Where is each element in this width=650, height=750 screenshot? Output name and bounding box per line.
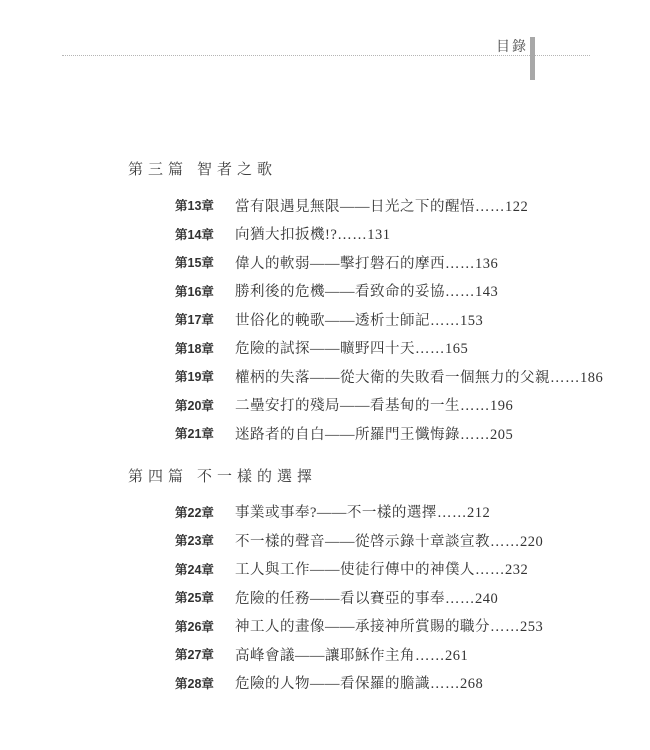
chapter-title: 向猶大扣扳機!?: [235, 227, 337, 243]
toc-entry-ch16: 第16章勝利後的危機——看致命的妥協……143: [175, 277, 598, 306]
chapter-number: 第26章: [175, 617, 218, 635]
section-label: 第三篇: [128, 162, 188, 178]
chapter-number: 第16章: [175, 282, 218, 300]
dot-leader: ……: [415, 341, 445, 357]
toc-entry-ch28: 第28章危險的人物——看保羅的膽識……268: [175, 669, 598, 698]
section-label: 第四篇: [128, 469, 188, 485]
chapter-title: 迷路者的自白——所羅門王懺悔錄: [235, 427, 460, 443]
chapter-title: 二壘安打的殘局——看基甸的一生: [235, 398, 460, 414]
chapter-page-number: 268: [460, 676, 483, 692]
dot-leader: ……: [445, 256, 475, 272]
dot-leader: ……: [445, 591, 475, 607]
chapter-number: 第23章: [175, 531, 218, 549]
chapter-number: 第24章: [175, 560, 218, 578]
chapter-title: 不一樣的聲音——從啓示錄十章談宣教: [235, 534, 490, 550]
toc-entry-ch24: 第24章工人與工作——使徒行傳中的神僕人……232: [175, 555, 598, 584]
toc-entry-ch17: 第17章世俗化的輓歌——透析士師記……153: [175, 305, 598, 334]
toc-entry-ch23: 第23章不一樣的聲音——從啓示錄十章談宣教……220: [175, 526, 598, 555]
chapter-number: 第28章: [175, 674, 218, 692]
toc-entry-ch25: 第25章危險的任務——看以賽亞的事奉……240: [175, 583, 598, 612]
toc-section-3: 第三篇智者之歌 第13章當有限遇見無限——日光之下的醒悟……122 第14章向猶…: [128, 161, 598, 448]
chapter-number: 第25章: [175, 588, 218, 606]
chapter-page-number: 240: [475, 591, 498, 607]
dot-leader: ……: [415, 648, 445, 664]
chapter-page-number: 196: [490, 398, 513, 414]
header-dotted-rule: [62, 55, 590, 56]
chapter-page-number: 253: [520, 619, 543, 635]
section-title: 不一樣的選擇: [197, 469, 317, 485]
chapter-title: 勝利後的危機——看致命的妥協: [235, 284, 445, 300]
dot-leader: ……: [437, 505, 467, 521]
chapter-page-number: 122: [505, 199, 528, 215]
dot-leader: ……: [460, 427, 490, 443]
toc-entry-ch15: 第15章偉人的軟弱——擊打磐石的摩西……136: [175, 248, 598, 277]
section-heading: 第三篇智者之歌: [128, 161, 598, 179]
chapter-title: 當有限遇見無限——日光之下的醒悟: [235, 199, 475, 215]
toc-entry-ch19: 第19章權柄的失落——從大衛的失敗看一個無力的父親……186: [175, 362, 598, 391]
chapter-page-number: 220: [520, 534, 543, 550]
chapter-number: 第14章: [175, 225, 218, 243]
dot-leader: ……: [430, 676, 460, 692]
chapter-list: 第22章事業或事奉?——不一樣的選擇……212 第23章不一樣的聲音——從啓示錄…: [175, 498, 598, 698]
toc-entry-ch26: 第26章神工人的畫像——承接神所賞賜的職分……253: [175, 612, 598, 641]
chapter-number: 第27章: [175, 645, 218, 663]
chapter-title: 工人與工作——使徒行傳中的神僕人: [235, 562, 475, 578]
dot-leader: ……: [475, 199, 505, 215]
dot-leader: ……: [490, 619, 520, 635]
toc-entry-ch22: 第22章事業或事奉?——不一樣的選擇……212: [175, 498, 598, 527]
chapter-title: 危險的任務——看以賽亞的事奉: [235, 591, 445, 607]
chapter-number: 第17章: [175, 310, 218, 328]
dot-leader: ……: [430, 313, 460, 329]
toc-section-4: 第四篇不一樣的選擇 第22章事業或事奉?——不一樣的選擇……212 第23章不一…: [128, 468, 598, 698]
header-vertical-bar: [530, 37, 535, 80]
chapter-page-number: 205: [490, 427, 513, 443]
chapter-title: 危險的人物——看保羅的膽識: [235, 676, 430, 692]
toc-content: 第三篇智者之歌 第13章當有限遇見無限——日光之下的醒悟……122 第14章向猶…: [128, 161, 598, 697]
chapter-title: 世俗化的輓歌——透析士師記: [235, 313, 430, 329]
chapter-page-number: 153: [460, 313, 483, 329]
dot-leader: ……: [337, 227, 367, 243]
chapter-number: 第21章: [175, 424, 218, 442]
chapter-page-number: 131: [367, 227, 390, 243]
chapter-list: 第13章當有限遇見無限——日光之下的醒悟……122 第14章向猶大扣扳機!?………: [175, 191, 598, 448]
chapter-title: 事業或事奉?——不一樣的選擇: [235, 505, 437, 521]
toc-entry-ch27: 第27章高峰會議——讓耶穌作主角……261: [175, 640, 598, 669]
chapter-number: 第15章: [175, 253, 218, 271]
dot-leader: ……: [445, 284, 475, 300]
dot-leader: ……: [475, 562, 505, 578]
chapter-page-number: 143: [475, 284, 498, 300]
chapter-page-number: 136: [475, 256, 498, 272]
chapter-page-number: 186: [580, 370, 603, 386]
chapter-number: 第20章: [175, 396, 218, 414]
chapter-title: 偉人的軟弱——擊打磐石的摩西: [235, 256, 445, 272]
chapter-number: 第22章: [175, 503, 218, 521]
toc-entry-ch13: 第13章當有限遇見無限——日光之下的醒悟……122: [175, 191, 598, 220]
chapter-number: 第13章: [175, 196, 218, 214]
chapter-page-number: 261: [445, 648, 468, 664]
toc-entry-ch14: 第14章向猶大扣扳機!?……131: [175, 220, 598, 249]
chapter-title: 高峰會議——讓耶穌作主角: [235, 648, 415, 664]
toc-entry-ch20: 第20章二壘安打的殘局——看基甸的一生……196: [175, 391, 598, 420]
section-title: 智者之歌: [197, 162, 277, 178]
dot-leader: ……: [550, 370, 580, 386]
chapter-title: 神工人的畫像——承接神所賞賜的職分: [235, 619, 490, 635]
chapter-page-number: 165: [445, 341, 468, 357]
chapter-number: 第18章: [175, 339, 218, 357]
toc-page: 目錄 第三篇智者之歌 第13章當有限遇見無限——日光之下的醒悟……122 第14…: [0, 0, 650, 750]
dot-leader: ……: [490, 534, 520, 550]
chapter-title: 危險的試探——曠野四十天: [235, 341, 415, 357]
chapter-page-number: 232: [505, 562, 528, 578]
chapter-page-number: 212: [467, 505, 490, 521]
toc-entry-ch18: 第18章危險的試探——曠野四十天……165: [175, 334, 598, 363]
chapter-title: 權柄的失落——從大衛的失敗看一個無力的父親: [235, 370, 550, 386]
page-title: 目錄: [496, 36, 528, 56]
chapter-number: 第19章: [175, 367, 218, 385]
dot-leader: ……: [460, 398, 490, 414]
toc-entry-ch21: 第21章迷路者的自白——所羅門王懺悔錄……205: [175, 419, 598, 448]
section-heading: 第四篇不一樣的選擇: [128, 468, 598, 486]
